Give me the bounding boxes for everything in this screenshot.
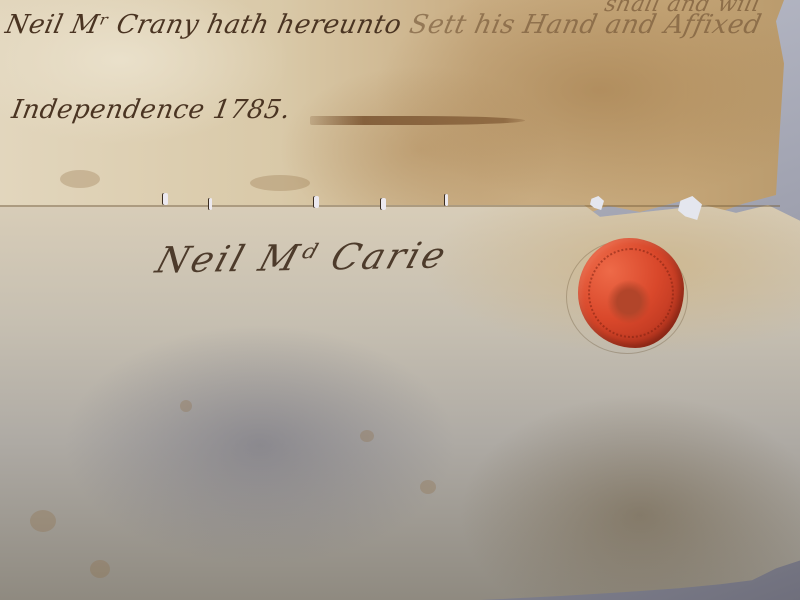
stitch-hole: [314, 196, 319, 208]
ink-flourish-dash: [310, 116, 525, 125]
stitch-hole: [381, 198, 386, 210]
text-line-signatory: Neil Mʳ Crany hath hereunto Sett his Han…: [3, 10, 764, 40]
seal-impression: [588, 248, 674, 338]
foxing-stain: [90, 560, 110, 578]
text-hand-affixed: Sett his Hand and Affixed: [407, 10, 764, 40]
document-photo: shall and will Neil Mʳ Crany hath hereun…: [0, 0, 800, 600]
text-line-date: Independence 1785.: [9, 95, 293, 125]
foxing-stain: [250, 175, 310, 191]
signatory-name: Neil Mʳ Crany: [3, 10, 202, 40]
foxing-stain: [360, 430, 374, 442]
foxing-stain: [30, 510, 56, 532]
signature: Neil Mᵈ Carie: [151, 235, 453, 281]
foxing-stain: [60, 170, 100, 188]
wax-seal: [578, 238, 684, 348]
stitch-hole: [209, 198, 212, 210]
stitch-hole: [163, 193, 168, 205]
foxing-stain: [180, 400, 192, 412]
fold-crease: [0, 205, 780, 207]
text-hath-hereunto: hath hereunto: [196, 10, 414, 40]
foxing-stain: [420, 480, 436, 494]
stitch-hole: [445, 194, 448, 206]
